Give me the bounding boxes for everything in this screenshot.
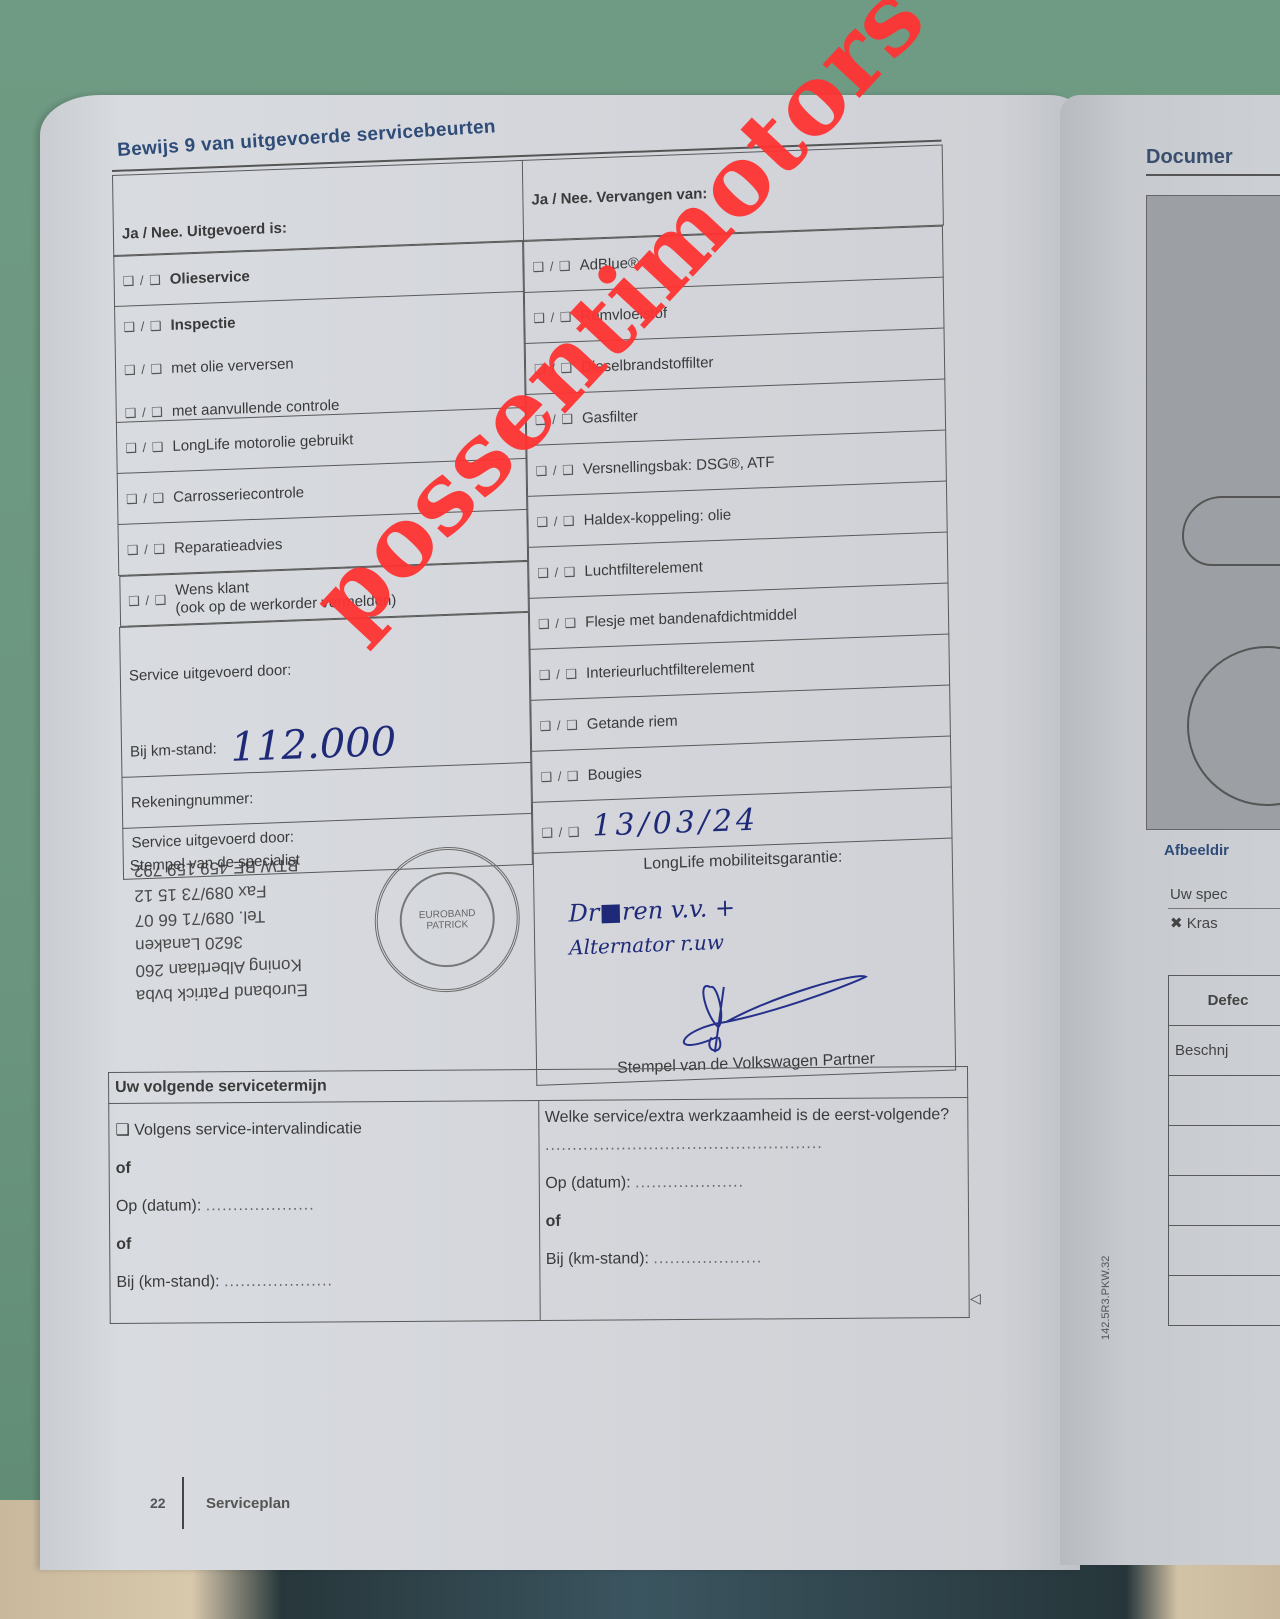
partner-stamp-area: LongLife mobiliteitsgarantie: Dr■ren v.v… bbox=[533, 838, 955, 1085]
next-date-field-right[interactable]: Op (datum): .................... bbox=[545, 1172, 962, 1193]
checkbox-icon[interactable]: ❑ / ❑ bbox=[124, 361, 163, 377]
checkbox-icon[interactable]: ❑ / ❑ bbox=[128, 592, 167, 609]
next-service-question: Welke service/extra werkzaamheid is de e… bbox=[545, 1104, 962, 1129]
next-service-section: Uw volgende servicetermijn ❑ Volgens ser… bbox=[108, 1066, 970, 1324]
next-service-right: Welke service/extra werkzaamheid is de e… bbox=[538, 1097, 969, 1320]
checkbox-icon[interactable]: ❑ / ❑ bbox=[125, 404, 164, 420]
km-label: Bij km-stand: bbox=[130, 740, 217, 760]
table-row bbox=[1169, 1226, 1280, 1276]
checkbox-icon[interactable]: ❑ / ❑ bbox=[540, 717, 579, 733]
checkbox-icon[interactable]: ❑ / ❑ bbox=[541, 824, 580, 840]
kras-legend: ✖ Kras bbox=[1170, 914, 1218, 932]
footer-section: Serviceplan bbox=[206, 1495, 290, 1512]
table-row bbox=[1169, 1276, 1280, 1326]
checkbox-icon[interactable]: ❑ / ❑ bbox=[123, 272, 162, 288]
vehicle-diagram bbox=[1146, 195, 1280, 830]
page-number: 22 bbox=[150, 1495, 178, 1511]
dealer-stamp-text: Euroband Patrick bvba Koning Albertlaan … bbox=[134, 850, 376, 1009]
footer-divider bbox=[182, 1477, 184, 1529]
table-row bbox=[1169, 1126, 1280, 1176]
car-wheel-icon bbox=[1187, 646, 1280, 806]
checkbox-icon[interactable]: ❑ / ❑ bbox=[536, 513, 575, 529]
signature-icon bbox=[656, 971, 877, 1059]
checkbox-icon[interactable]: ❑ / ❑ bbox=[538, 615, 577, 631]
defect-table: Defec Beschnj bbox=[1168, 975, 1280, 1326]
right-page-title: Documer bbox=[1146, 146, 1233, 169]
left-column: ❑ / ❑Olieservice ❑ / ❑Inspectie ❑ / ❑met… bbox=[113, 241, 536, 1101]
checkbox-icon[interactable]: ❑ / ❑ bbox=[532, 258, 571, 274]
checkbox-icon[interactable]: ❑ / ❑ bbox=[125, 439, 164, 455]
checkbox-icon[interactable]: ❑ / ❑ bbox=[540, 768, 579, 784]
defect-table-header: Defec bbox=[1169, 976, 1280, 1026]
round-stamp-icon: EUROBAND PATRICK bbox=[374, 844, 521, 994]
left-column-header: Ja / Nee. Uitgevoerd is: bbox=[113, 160, 524, 255]
checkbox-icon[interactable]: ❑ / ❑ bbox=[127, 541, 166, 557]
spec-rule bbox=[1168, 908, 1280, 909]
km-value: 112.000 bbox=[230, 719, 396, 771]
next-km-field[interactable]: Bij (km-stand): .................... bbox=[116, 1271, 533, 1292]
handwritten-date: 13/03/24 bbox=[592, 802, 759, 843]
checkbox-icon[interactable]: ❑ / ❑ bbox=[539, 666, 578, 682]
document-code: 142.5R3.PKW.32 bbox=[1100, 1256, 1112, 1340]
page-footer: 22 Serviceplan bbox=[150, 1477, 290, 1529]
right-title-rule bbox=[1146, 174, 1280, 176]
service-record-form: Ja / Nee. Uitgevoerd is: Ja / Nee. Verva… bbox=[112, 145, 957, 1101]
continue-arrow-icon: ◁ bbox=[970, 1290, 981, 1307]
next-km-field-right[interactable]: Bij (km-stand): .................... bbox=[546, 1248, 963, 1269]
image-caption: Afbeeldir bbox=[1164, 842, 1229, 859]
next-service-left: ❑ Volgens service-intervalindicatie of O… bbox=[109, 1100, 540, 1323]
spec-label: Uw spec bbox=[1170, 886, 1228, 903]
service-by-field[interactable]: Service uitgevoerd door: Bij km-stand: 1… bbox=[120, 612, 531, 777]
table-row bbox=[1169, 1076, 1280, 1126]
handwritten-note: Dr■ren v.v. + Alternator r.uw bbox=[568, 883, 945, 965]
car-front-icon bbox=[1182, 496, 1280, 566]
next-service-answer-field[interactable]: ........................................… bbox=[545, 1134, 962, 1155]
checkbox-icon[interactable]: ❑ / ❑ bbox=[537, 564, 576, 580]
checkbox-icon[interactable]: ❑ / ❑ bbox=[126, 490, 165, 506]
next-date-field[interactable]: Op (datum): .................... bbox=[116, 1195, 533, 1216]
interval-indicator-checkbox[interactable]: ❑ Volgens service-intervalindicatie bbox=[115, 1117, 532, 1140]
checkbox-icon[interactable]: ❑ / ❑ bbox=[123, 318, 162, 334]
table-row bbox=[1169, 1176, 1280, 1226]
table-row: Beschnj bbox=[1169, 1026, 1280, 1076]
